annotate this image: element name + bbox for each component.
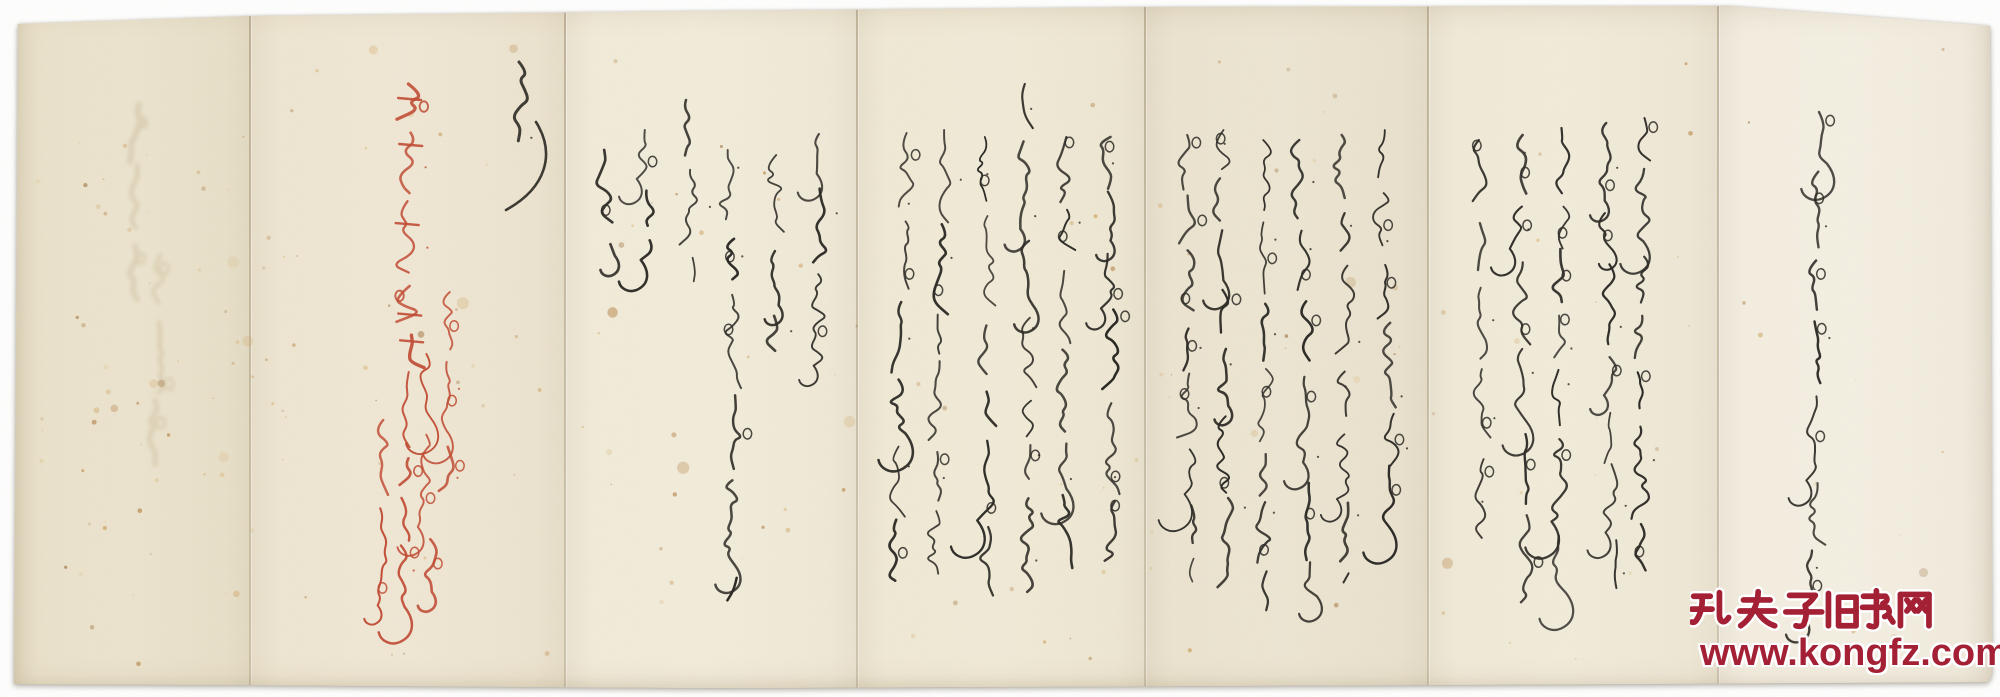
paper-panel-5 [1145,6,1428,688]
watermark-url: www.kongfz.com [1700,632,2000,675]
kongfz-watermark: www.kongfz.com [1690,586,1990,678]
fold-crease [1427,6,1429,688]
fold-crease [1144,6,1146,688]
fold-crease [564,6,566,688]
paper-panel-4 [857,6,1145,688]
fold-crease [249,6,251,688]
watermark-site-name-glyphs [1690,586,1942,636]
fold-crease [856,6,858,688]
photo-stage: www.kongfz.com 孔夫子旧书网 [0,0,2000,697]
paper-panel-6 [1428,6,1718,688]
paper-panel-2 [250,6,565,688]
paper-panel-1 [14,6,250,688]
paper-panel-3 [565,6,857,688]
